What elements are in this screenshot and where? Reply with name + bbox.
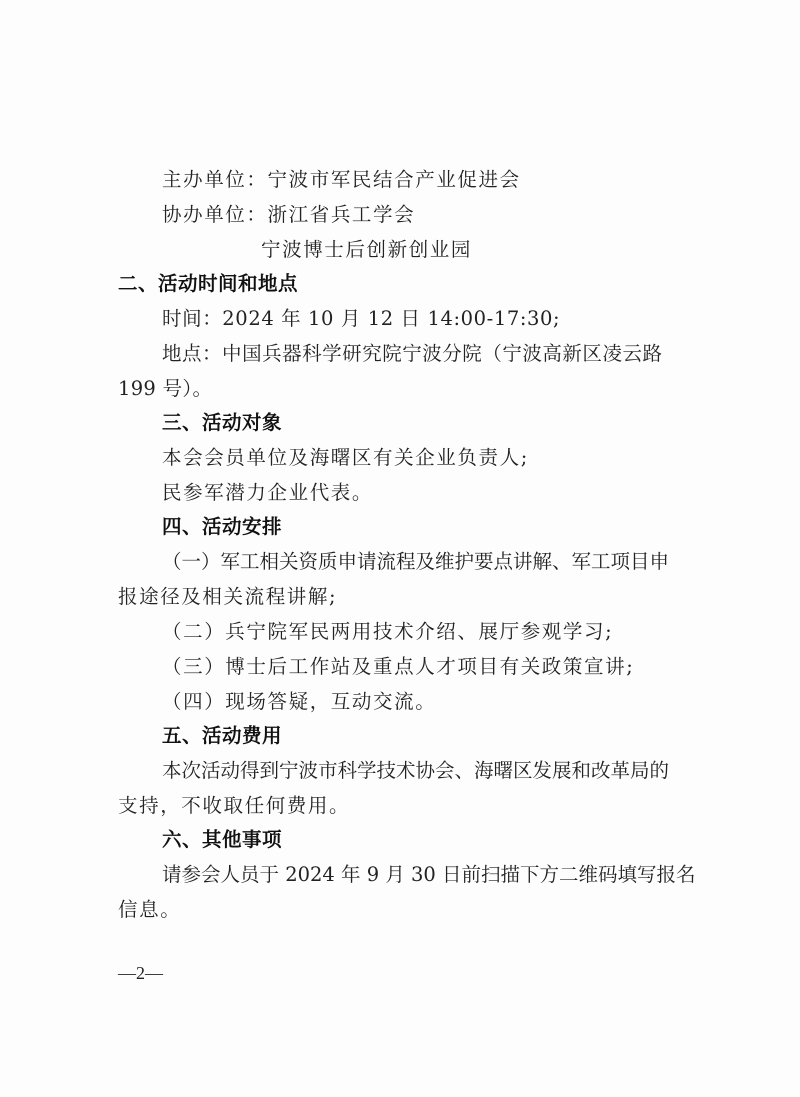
co-value-1: 浙江省兵工学会 <box>268 203 416 226</box>
co-label: 协办单位： <box>162 203 268 226</box>
section-heading-fees: 五、活动费用 <box>162 724 282 748</box>
host-value: 宁波市军民结合产业促进会 <box>268 168 521 191</box>
co-value-2: 宁波博士后创新创业园 <box>261 238 472 262</box>
page-number: —2— <box>118 963 163 984</box>
agenda-item-3: （三）博士后工作站及重点人才项目有关政策宣讲; <box>162 655 634 679</box>
other-line-1: 请参会人员于 2024 年 9 月 30 日前扫描下方二维码填写报名 <box>162 863 662 887</box>
fees-line-2: 支持，不收取任何费用。 <box>118 794 350 818</box>
audience-line-1: 本会会员单位及海曙区有关企业负责人; <box>162 446 529 470</box>
section-heading-audience: 三、活动对象 <box>162 411 282 435</box>
co-organizer: 协办单位：浙江省兵工学会 <box>162 203 415 227</box>
event-location-line-2: 199 号）。 <box>118 377 212 401</box>
document-page: 主办单位：宁波市军民结合产业促进会 协办单位：浙江省兵工学会 宁波博士后创新创业… <box>0 0 800 1097</box>
section-heading-time-location: 二、活动时间和地点 <box>118 272 298 296</box>
section-heading-other: 六、其他事项 <box>162 828 282 852</box>
agenda-item-1-line-2: 报途径及相关流程讲解; <box>118 585 337 609</box>
agenda-item-1-line-1: （一）军工相关资质申请流程及维护要点讲解、军工项目申 <box>162 550 662 574</box>
host-label: 主办单位： <box>162 168 268 191</box>
other-line-2: 信息。 <box>118 898 181 922</box>
host-organizer: 主办单位：宁波市军民结合产业促进会 <box>162 168 521 192</box>
agenda-item-4: （四）现场答疑，互动交流。 <box>162 690 436 714</box>
fees-line-1: 本次活动得到宁波市科学技术协会、海曙区发展和改革局的 <box>162 759 662 783</box>
audience-line-2: 民参军潜力企业代表。 <box>162 481 373 505</box>
section-heading-agenda: 四、活动安排 <box>162 515 282 539</box>
event-time: 时间：2024 年 10 月 12 日 14:00-17:30; <box>162 307 560 331</box>
agenda-item-2: （二）兵宁院军民两用技术介绍、展厅参观学习; <box>162 620 613 644</box>
event-location-line-1: 地点：中国兵器科学研究院宁波分院（宁波高新区凌云路 <box>162 342 662 366</box>
